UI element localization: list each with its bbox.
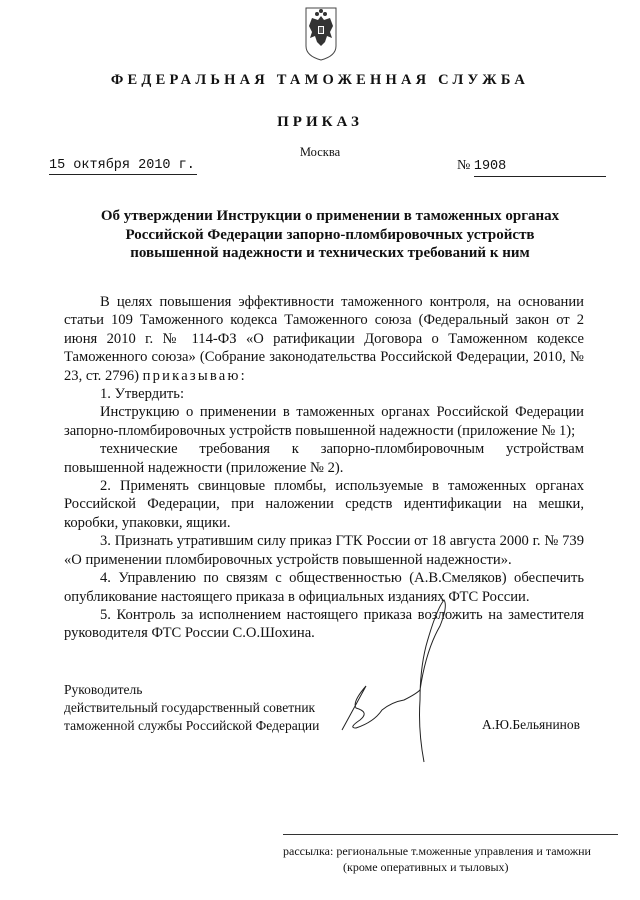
preamble: В целях повышения эффективности таможенн… xyxy=(64,293,584,385)
number-underline xyxy=(474,176,606,177)
order-word: приказываю: xyxy=(143,368,247,384)
distribution-line: (кроме оперативных и тыловых) xyxy=(283,859,591,875)
signer-name: А.Ю.Бельянинов xyxy=(482,717,580,733)
distribution-line: рассылка: региональные т.моженные управл… xyxy=(283,843,591,859)
document-type: ПРИКАЗ xyxy=(0,114,640,131)
coat-of-arms-icon xyxy=(304,6,338,62)
signer-title-line: Руководитель xyxy=(64,681,319,699)
subject-line: Российской Федерации запорно-пломбировоч… xyxy=(60,226,600,245)
clause-1b: технические требования к запорно-пломбир… xyxy=(64,440,584,477)
clause-2: 2. Применять свинцовые пломбы, используе… xyxy=(64,477,584,532)
signer-title-line: таможенной службы Российской Федерации xyxy=(64,717,319,735)
signature-icon xyxy=(330,590,480,770)
agency-name: ФЕДЕРАЛЬНАЯ ТАМОЖЕННАЯ СЛУЖБА xyxy=(0,72,640,89)
number-value: 1908 xyxy=(474,159,506,174)
clause-3: 3. Признать утратившим силу приказ ГТК Р… xyxy=(64,532,584,569)
clause-1: 1. Утвердить: xyxy=(64,385,584,403)
clause-5: 5. Контроль за исполнением настоящего пр… xyxy=(64,606,584,643)
distribution-divider xyxy=(283,834,618,835)
signer-title-line: действительный государственный советник xyxy=(64,699,319,717)
order-body: В целях повышения эффективности таможенн… xyxy=(64,293,584,643)
order-number: № 1908 xyxy=(457,158,506,175)
order-date: 15 октября 2010 г. xyxy=(49,158,197,175)
subject-line: Об утверждении Инструкции о применении в… xyxy=(60,207,600,226)
subject-line: повышенной надежности и технических треб… xyxy=(60,244,600,263)
signer-title: Руководитель действительный государствен… xyxy=(64,681,319,735)
number-sign: № xyxy=(457,158,470,173)
clause-4: 4. Управлению по связям с общественность… xyxy=(64,569,584,606)
clause-1a: Инструкцию о применении в таможенных орг… xyxy=(64,403,584,440)
distribution-list: рассылка: региональные т.моженные управл… xyxy=(283,843,591,875)
order-subject: Об утверждении Инструкции о применении в… xyxy=(60,207,600,263)
